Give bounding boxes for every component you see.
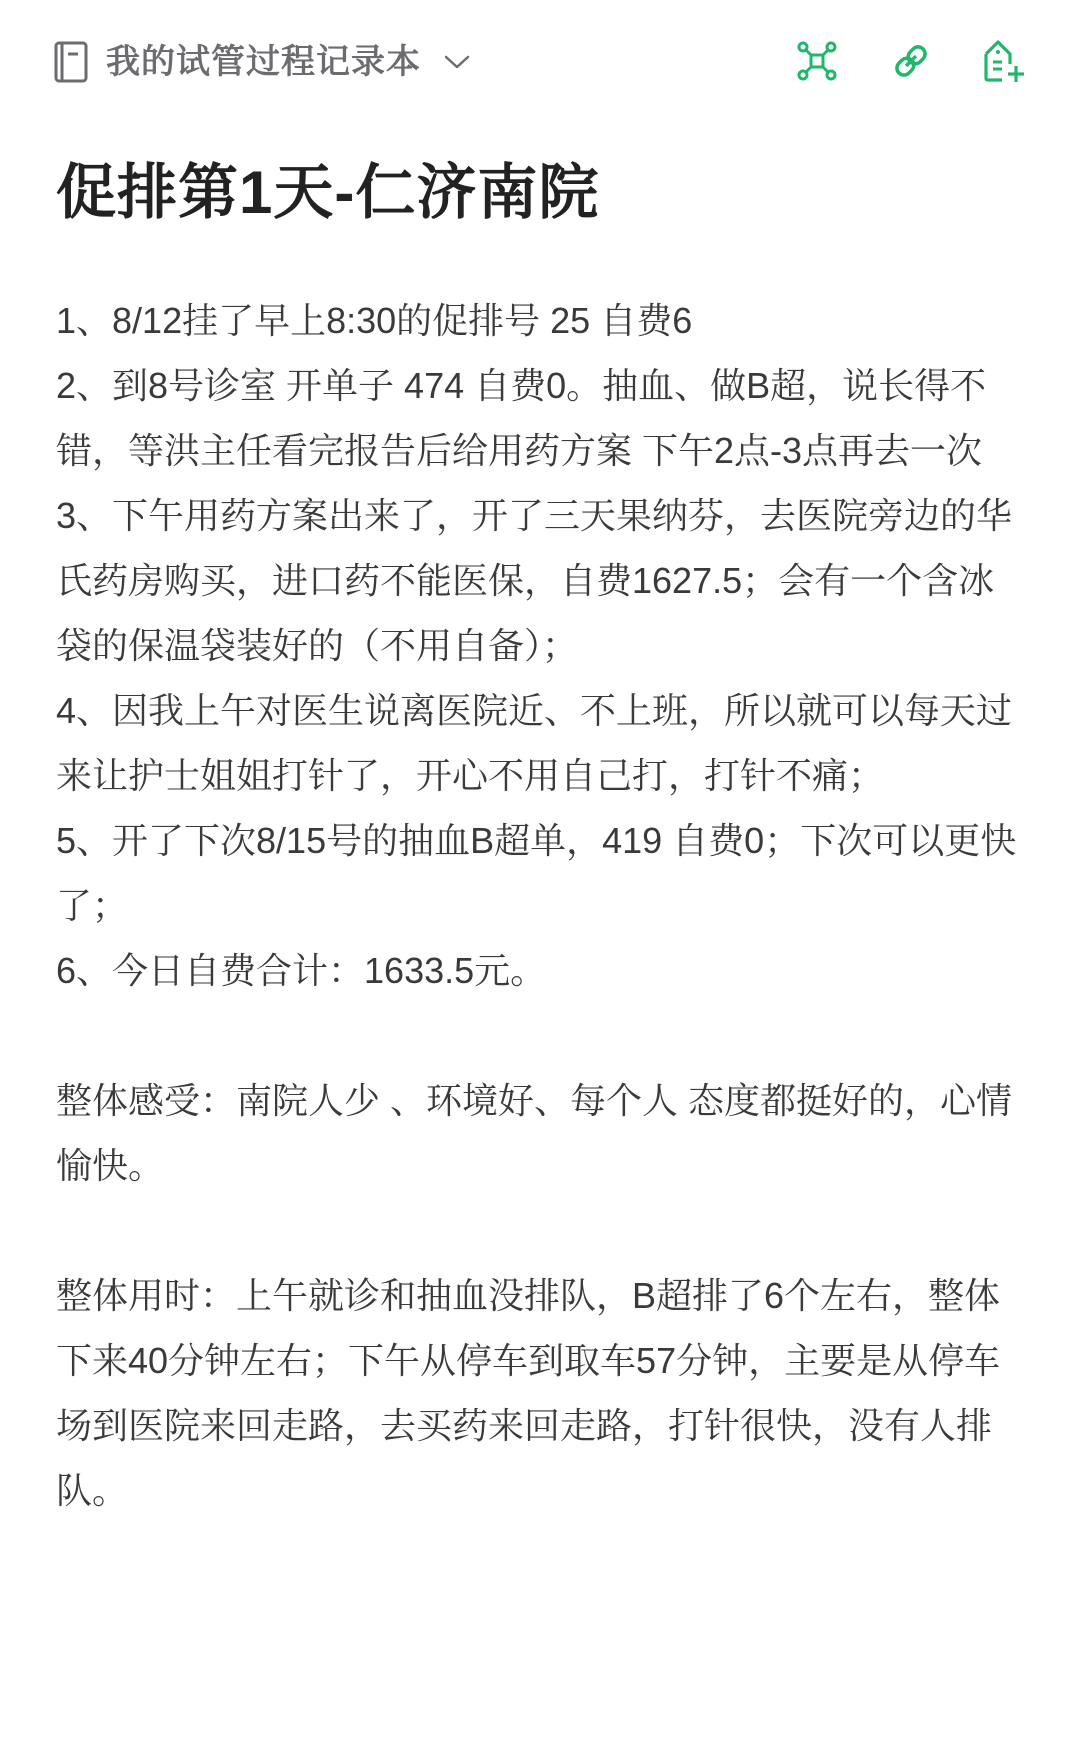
- paragraph-spacer: [56, 1003, 1026, 1068]
- chevron-down-icon[interactable]: [443, 52, 471, 72]
- overall-time-spent: 整体用时：上午就诊和抽血没排队，B超排了6个左右，整体下来40分钟左右；下午从停…: [56, 1263, 1026, 1523]
- mind-map-button[interactable]: [792, 38, 842, 88]
- note-line-5: 5、开了下次8/15号的抽血B超单，419 自费0；下次可以更快了；: [56, 808, 1026, 938]
- paragraph-spacer: [56, 1198, 1026, 1263]
- mind-map-icon: [796, 40, 838, 87]
- overall-feeling: 整体感受：南院人少 、环境好、每个人 态度都挺好的，心情愉快。: [56, 1068, 1026, 1198]
- link-icon: [890, 40, 932, 87]
- note-title[interactable]: 促排第1天-仁济南院: [56, 148, 599, 238]
- add-tag-button[interactable]: [980, 38, 1030, 88]
- tag-add-icon: [982, 38, 1028, 89]
- notebook-icon: [54, 41, 88, 83]
- share-link-button[interactable]: [886, 38, 936, 88]
- note-line-4: 4、因我上午对医生说离医院近、不上班，所以就可以每天过来让护士姐姐打针了，开心不…: [56, 678, 1026, 808]
- note-body[interactable]: 1、8/12挂了早上8:30的促排号 25 自费6 2、到8号诊室 开单子 47…: [56, 288, 1026, 1523]
- notebook-name[interactable]: 我的试管过程记录本: [106, 38, 421, 86]
- note-line-2: 2、到8号诊室 开单子 474 自费0。抽血、做B超，说长得不错，等洪主任看完报…: [56, 353, 1026, 483]
- notebook-selector[interactable]: 我的试管过程记录本: [54, 38, 471, 86]
- note-line-6: 6、今日自费合计：1633.5元。: [56, 938, 1026, 1003]
- top-bar: 我的试管过程记录本: [0, 0, 1080, 120]
- note-line-1: 1、8/12挂了早上8:30的促排号 25 自费6: [56, 288, 1026, 353]
- note-line-3: 3、下午用药方案出来了，开了三天果纳芬，去医院旁边的华氏药房购买，进口药不能医保…: [56, 483, 1026, 678]
- top-actions: [792, 38, 1030, 88]
